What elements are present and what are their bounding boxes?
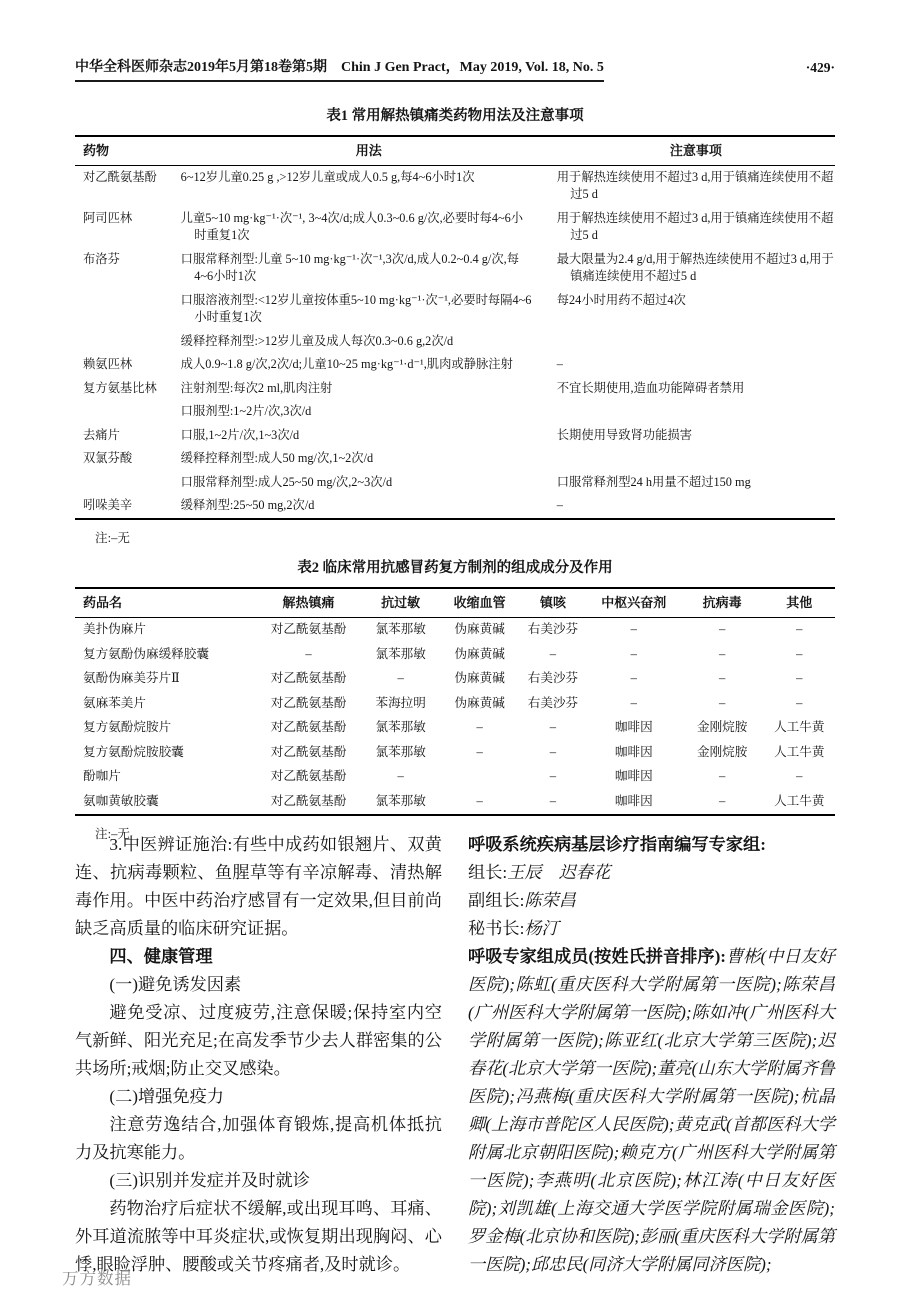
table2-header-name: 药品名 xyxy=(75,588,256,617)
cell: – xyxy=(681,642,764,667)
note-cell: 用于解热连续使用不超过3 d,用于镇痛连续使用不超过5 d xyxy=(557,207,835,248)
cell: – xyxy=(519,642,587,667)
cell: – xyxy=(440,789,519,815)
table2-header-row: 药品名 解热镇痛 抗过敏 收缩血管 镇咳 中枢兴奋剂 抗病毒 其他 xyxy=(75,588,835,617)
members-paragraph: 呼吸专家组成员(按姓氏拼音排序):曹彬(中日友好医院);陈虹(重庆医科大学附属第… xyxy=(468,943,835,1279)
cell: 对乙酰氨基酚 xyxy=(256,765,361,790)
drug-cell: 吲哚美辛 xyxy=(75,494,181,519)
cell: – xyxy=(361,667,440,692)
cell: 咖啡因 xyxy=(587,765,681,790)
journal-title: 中华全科医师杂志2019年5月第18卷第5期 Chin J Gen Pract，… xyxy=(75,56,604,82)
usage-cell: 口服常释剂型:儿童 5~10 mg·kg⁻¹·次⁻¹,3次/d,成人0.2~0.… xyxy=(181,248,557,289)
leader-names: 王辰 迟春花 xyxy=(507,863,610,882)
usage-cell: 儿童5~10 mg·kg⁻¹·次⁻¹, 3~4次/d;成人0.3~0.6 g/次… xyxy=(181,207,557,248)
cell: 咖啡因 xyxy=(587,716,681,741)
deputy-names: 陈荣昌 xyxy=(524,891,576,910)
table-row: 吲哚美辛 缓释剂型:25~50 mg,2次/d – xyxy=(75,494,835,519)
cell: 伪麻黄碱 xyxy=(440,667,519,692)
cell: 伪麻黄碱 xyxy=(440,691,519,716)
cell: – xyxy=(681,691,764,716)
cell: – xyxy=(587,691,681,716)
cell: – xyxy=(519,789,587,815)
table-row: 阿司匹林 儿童5~10 mg·kg⁻¹·次⁻¹, 3~4次/d;成人0.3~0.… xyxy=(75,207,835,248)
cell: 右美沙芬 xyxy=(519,617,587,642)
cell: – xyxy=(587,667,681,692)
table1-section: 表1 常用解热镇痛类药物用法及注意事项 药物 用法 注意事项 对乙酰氨基酚 6~… xyxy=(75,104,835,546)
drug-cell xyxy=(75,400,181,424)
drug-cell xyxy=(75,289,181,330)
drug-cell: 双氯芬酸 xyxy=(75,447,181,471)
cell: – xyxy=(681,765,764,790)
table-row: 赖氨匹林 成人0.9~1.8 g/次,2次/d;儿童10~25 mg·kg⁻¹·… xyxy=(75,353,835,377)
note-cell xyxy=(557,400,835,424)
table-row: 氨麻苯美片 对乙酰氨基酚 苯海拉明 伪麻黄碱 右美沙芬 – – – xyxy=(75,691,835,716)
table-row: 复方氨酚烷胺胶囊 对乙酰氨基酚 氯苯那敏 – – 咖啡因 金刚烷胺 人工牛黄 xyxy=(75,740,835,765)
usage-cell: 口服,1~2片/次,1~3次/d xyxy=(181,424,557,448)
table2-header-cns-stimulant: 中枢兴奋剂 xyxy=(587,588,681,617)
right-column: 呼吸系统疾病基层诊疗指南编写专家组: 组长:王辰 迟春花 副组长:陈荣昌 秘书长… xyxy=(468,831,835,1279)
cell: 氨酚伪麻美芬片Ⅱ xyxy=(75,667,256,692)
cell: 伪麻黄碱 xyxy=(440,617,519,642)
cell: – xyxy=(440,740,519,765)
para-avoid-triggers: 避免受凉、过度疲劳,注意保暖;保持室内空气新鲜、阳光充足;在高发季节少去人群密集… xyxy=(75,999,442,1083)
table1-footnote: 注:–无 xyxy=(95,527,835,546)
deputy-label: 副组长: xyxy=(468,891,524,910)
drug-cell: 阿司匹林 xyxy=(75,207,181,248)
drug-cell: 去痛片 xyxy=(75,424,181,448)
cell: 对乙酰氨基酚 xyxy=(256,667,361,692)
usage-cell: 缓释控释剂型:成人50 mg/次,1~2次/d xyxy=(181,447,557,471)
body-columns: 3.中医辨证施治:有些中成药如银翘片、双黄连、抗病毒颗粒、鱼腥草等有辛凉解毒、清… xyxy=(75,831,835,1279)
drug-cell: 赖氨匹林 xyxy=(75,353,181,377)
cell: 复方氨酚烷胺片 xyxy=(75,716,256,741)
subheading-complications: (三)识别并发症并及时就诊 xyxy=(75,1167,442,1195)
table1-header-note: 注意事项 xyxy=(557,136,835,165)
group-leader-line: 组长:王辰 迟春花 xyxy=(468,859,835,887)
para-boost-immunity: 注意劳逸结合,加强体育锻炼,提高机体抵抗力及抗寒能力。 xyxy=(75,1111,442,1167)
cell: – xyxy=(764,617,835,642)
table-row: 氨酚伪麻美芬片Ⅱ 对乙酰氨基酚 – 伪麻黄碱 右美沙芬 – – – xyxy=(75,667,835,692)
cell: 对乙酰氨基酚 xyxy=(256,716,361,741)
note-cell: – xyxy=(557,353,835,377)
cell: 对乙酰氨基酚 xyxy=(256,740,361,765)
subheading-boost-immunity: (二)增强免疫力 xyxy=(75,1083,442,1111)
cell xyxy=(440,765,519,790)
cell: – xyxy=(681,789,764,815)
note-cell: 每24小时用药不超过4次 xyxy=(557,289,835,330)
cell: 咖啡因 xyxy=(587,789,681,815)
cell: 氯苯那敏 xyxy=(361,617,440,642)
left-column: 3.中医辨证施治:有些中成药如银翘片、双黄连、抗病毒颗粒、鱼腥草等有辛凉解毒、清… xyxy=(75,831,442,1279)
cell: – xyxy=(681,617,764,642)
table1-title: 表1 常用解热镇痛类药物用法及注意事项 xyxy=(75,104,835,125)
cell: 咖啡因 xyxy=(587,740,681,765)
table-row: 酚咖片 对乙酰氨基酚 – – 咖啡因 – – xyxy=(75,765,835,790)
deputy-leader-line: 副组长:陈荣昌 xyxy=(468,887,835,915)
cell: 对乙酰氨基酚 xyxy=(256,617,361,642)
usage-cell: 口服溶液剂型:<12岁儿童按体重5~10 mg·kg⁻¹·次⁻¹,必要时每隔4~… xyxy=(181,289,557,330)
usage-cell: 口服常释剂型:成人25~50 mg/次,2~3次/d xyxy=(181,471,557,495)
cell: 氯苯那敏 xyxy=(361,642,440,667)
cell: 氨麻苯美片 xyxy=(75,691,256,716)
table2-header-antiviral: 抗病毒 xyxy=(681,588,764,617)
note-cell xyxy=(557,330,835,354)
note-cell: 不宜长期使用,造血功能障碍者禁用 xyxy=(557,377,835,401)
drug-cell xyxy=(75,330,181,354)
usage-cell: 成人0.9~1.8 g/次,2次/d;儿童10~25 mg·kg⁻¹·d⁻¹,肌… xyxy=(181,353,557,377)
table-row: 复方氨酚烷胺片 对乙酰氨基酚 氯苯那敏 – – 咖啡因 金刚烷胺 人工牛黄 xyxy=(75,716,835,741)
page-number: ·429· xyxy=(806,60,835,82)
members-label: 呼吸专家组成员(按姓氏拼音排序): xyxy=(468,947,726,966)
table2: 药品名 解热镇痛 抗过敏 收缩血管 镇咳 中枢兴奋剂 抗病毒 其他 美扑伪麻片 … xyxy=(75,587,835,816)
cell: – xyxy=(361,765,440,790)
note-cell: 口服常释剂型24 h用量不超过150 mg xyxy=(557,471,835,495)
members-list: 曹彬(中日友好医院);陈虹(重庆医科大学附属第一医院);陈荣昌(广州医科大学附属… xyxy=(468,947,835,1274)
table-row: 双氯芬酸 缓释控释剂型:成人50 mg/次,1~2次/d xyxy=(75,447,835,471)
cell: – xyxy=(519,716,587,741)
table1-header-usage: 用法 xyxy=(181,136,557,165)
table-row: 缓释控释剂型:>12岁儿童及成人每次0.3~0.6 g,2次/d xyxy=(75,330,835,354)
cell: 氯苯那敏 xyxy=(361,716,440,741)
table1: 药物 用法 注意事项 对乙酰氨基酚 6~12岁儿童0.25 g ,>12岁儿童或… xyxy=(75,135,835,520)
table2-header-antitussive: 镇咳 xyxy=(519,588,587,617)
cell: 美扑伪麻片 xyxy=(75,617,256,642)
cell: – xyxy=(681,667,764,692)
usage-cell: 口服剂型:1~2片/次,3次/d xyxy=(181,400,557,424)
para-tcm-treatment: 3.中医辨证施治:有些中成药如银翘片、双黄连、抗病毒颗粒、鱼腥草等有辛凉解毒、清… xyxy=(75,831,442,943)
cell: 金刚烷胺 xyxy=(681,716,764,741)
cell: 金刚烷胺 xyxy=(681,740,764,765)
drug-cell: 对乙酰氨基酚 xyxy=(75,165,181,207)
table1-header-drug: 药物 xyxy=(75,136,181,165)
table-row: 口服常释剂型:成人25~50 mg/次,2~3次/d 口服常释剂型24 h用量不… xyxy=(75,471,835,495)
cell: – xyxy=(519,765,587,790)
cell: 人工牛黄 xyxy=(764,716,835,741)
cell: – xyxy=(440,716,519,741)
leader-label: 组长: xyxy=(468,863,507,882)
cell: – xyxy=(764,642,835,667)
table-row: 复方氨酚伪麻缓释胶囊 – 氯苯那敏 伪麻黄碱 – – – – xyxy=(75,642,835,667)
note-cell xyxy=(557,447,835,471)
note-cell: 用于解热连续使用不超过3 d,用于镇痛连续使用不超过5 d xyxy=(557,165,835,207)
table-row: 氨咖黄敏胶囊 对乙酰氨基酚 氯苯那敏 – – 咖啡因 – 人工牛黄 xyxy=(75,789,835,815)
usage-cell: 缓释控释剂型:>12岁儿童及成人每次0.3~0.6 g,2次/d xyxy=(181,330,557,354)
usage-cell: 注射剂型:每次2 ml,肌肉注射 xyxy=(181,377,557,401)
table2-section: 表2 临床常用抗感冒药复方制剂的组成成分及作用 药品名 解热镇痛 抗过敏 收缩血… xyxy=(75,556,835,842)
cell: – xyxy=(256,642,361,667)
drug-cell: 布洛芬 xyxy=(75,248,181,289)
secretary-label: 秘书长: xyxy=(468,919,524,938)
table2-title: 表2 临床常用抗感冒药复方制剂的组成成分及作用 xyxy=(75,556,835,577)
cell: 右美沙芬 xyxy=(519,667,587,692)
cell: – xyxy=(764,667,835,692)
cell: 对乙酰氨基酚 xyxy=(256,691,361,716)
heading-health-management: 四、健康管理 xyxy=(75,943,442,971)
table-row: 复方氨基比林 注射剂型:每次2 ml,肌肉注射 不宜长期使用,造血功能障碍者禁用 xyxy=(75,377,835,401)
table-row: 口服剂型:1~2片/次,3次/d xyxy=(75,400,835,424)
table-row: 对乙酰氨基酚 6~12岁儿童0.25 g ,>12岁儿童或成人0.5 g,每4~… xyxy=(75,165,835,207)
table-row: 去痛片 口服,1~2片/次,1~3次/d 长期使用导致肾功能损害 xyxy=(75,424,835,448)
page-header: 中华全科医师杂志2019年5月第18卷第5期 Chin J Gen Pract，… xyxy=(75,56,835,82)
table2-header-antipyretic: 解热镇痛 xyxy=(256,588,361,617)
cell: 右美沙芬 xyxy=(519,691,587,716)
cell: 苯海拉明 xyxy=(361,691,440,716)
note-cell: – xyxy=(557,494,835,519)
cell: 人工牛黄 xyxy=(764,740,835,765)
cell: 对乙酰氨基酚 xyxy=(256,789,361,815)
note-cell: 最大限量为2.4 g/d,用于解热连续使用不超过3 d,用于镇痛连续使用不超过5… xyxy=(557,248,835,289)
cell: – xyxy=(764,765,835,790)
table-row: 美扑伪麻片 对乙酰氨基酚 氯苯那敏 伪麻黄碱 右美沙芬 – – – xyxy=(75,617,835,642)
cell: 氯苯那敏 xyxy=(361,789,440,815)
wanfang-watermark: 万方数据 xyxy=(62,1265,132,1289)
cell: – xyxy=(764,691,835,716)
subheading-avoid-triggers: (一)避免诱发因素 xyxy=(75,971,442,999)
cell: 酚咖片 xyxy=(75,765,256,790)
cell: 氯苯那敏 xyxy=(361,740,440,765)
usage-cell: 缓释剂型:25~50 mg,2次/d xyxy=(181,494,557,519)
table-row: 布洛芬 口服常释剂型:儿童 5~10 mg·kg⁻¹·次⁻¹,3次/d,成人0.… xyxy=(75,248,835,289)
table2-header-vasoconstrictor: 收缩血管 xyxy=(440,588,519,617)
table2-header-other: 其他 xyxy=(764,588,835,617)
cell: 氨咖黄敏胶囊 xyxy=(75,789,256,815)
cell: 伪麻黄碱 xyxy=(440,642,519,667)
drug-cell: 复方氨基比林 xyxy=(75,377,181,401)
table1-header-row: 药物 用法 注意事项 xyxy=(75,136,835,165)
usage-cell: 6~12岁儿童0.25 g ,>12岁儿童或成人0.5 g,每4~6小时1次 xyxy=(181,165,557,207)
expert-group-title: 呼吸系统疾病基层诊疗指南编写专家组: xyxy=(468,831,835,859)
table-row: 口服溶液剂型:<12岁儿童按体重5~10 mg·kg⁻¹·次⁻¹,必要时每隔4~… xyxy=(75,289,835,330)
secretary-line: 秘书长:杨汀 xyxy=(468,915,835,943)
cell: 复方氨酚烷胺胶囊 xyxy=(75,740,256,765)
cell: – xyxy=(587,617,681,642)
drug-cell xyxy=(75,471,181,495)
secretary-names: 杨汀 xyxy=(524,919,558,938)
note-cell: 长期使用导致肾功能损害 xyxy=(557,424,835,448)
cell: 复方氨酚伪麻缓释胶囊 xyxy=(75,642,256,667)
cell: – xyxy=(587,642,681,667)
cell: 人工牛黄 xyxy=(764,789,835,815)
table2-header-antiallergy: 抗过敏 xyxy=(361,588,440,617)
cell: – xyxy=(519,740,587,765)
